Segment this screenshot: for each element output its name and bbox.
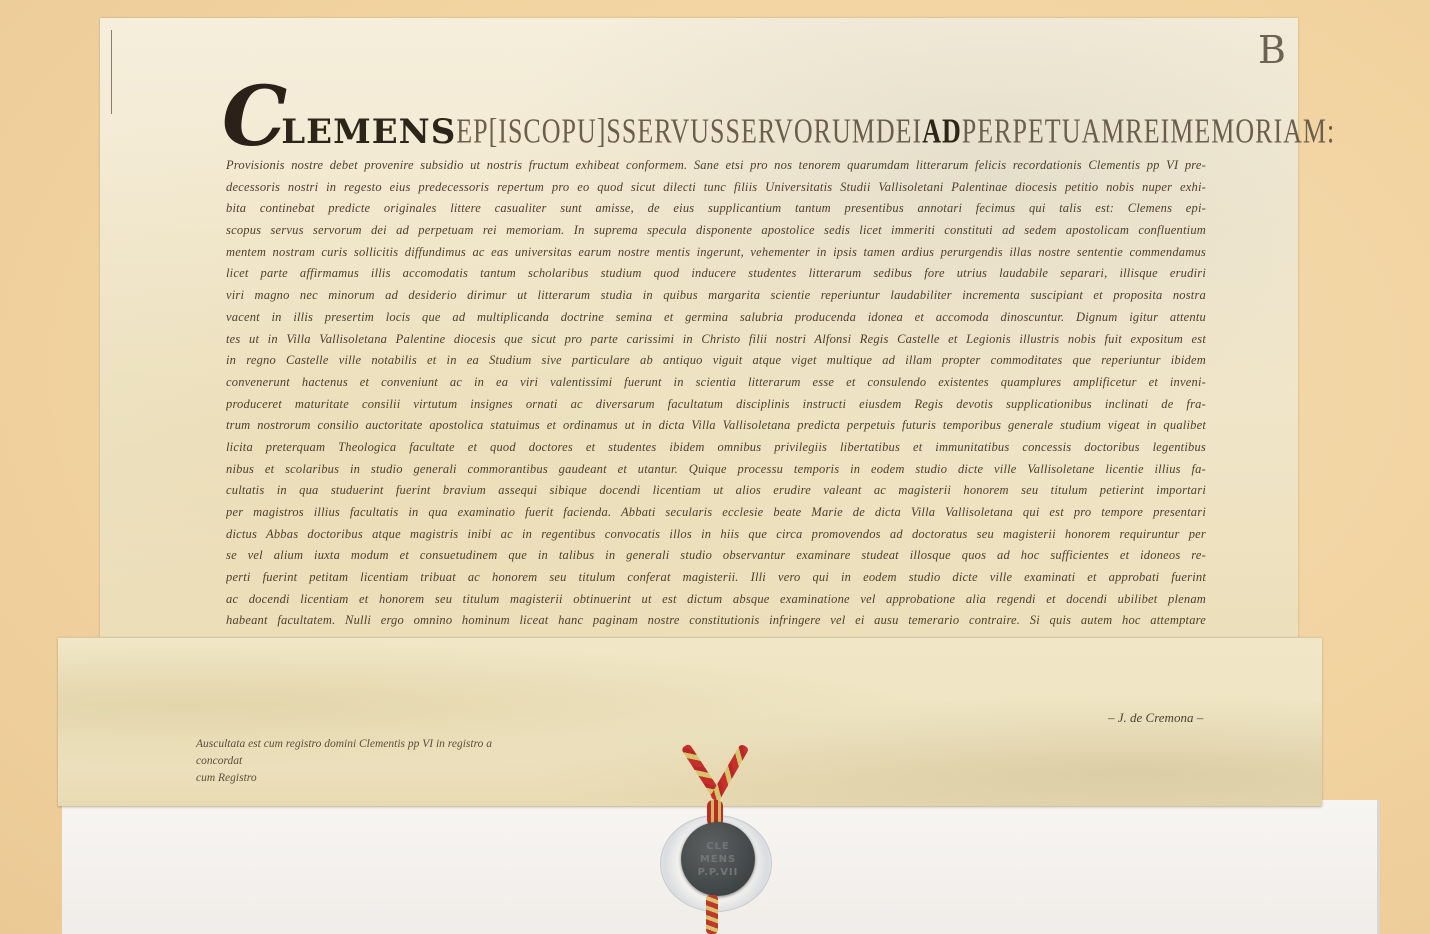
text-line: bita continebat predicte originales litt…	[226, 198, 1206, 220]
silk-cord-tail	[706, 895, 718, 934]
text-line: se vel alium iuxta modum et consuetudine…	[226, 545, 1206, 567]
text-line: cultatis in qua studuerint fuerint bravi…	[226, 480, 1206, 502]
text-line: tes ut in Villa Vallisoletana Palentine …	[226, 329, 1206, 351]
heading-word: EP[ISCOPU]S	[456, 112, 622, 153]
text-line: dictus Abbas doctoribus atque magistris …	[226, 524, 1206, 546]
text-line: perti fuerint petitam licentiam tribuat …	[226, 567, 1206, 589]
heading-word: DEI	[876, 112, 922, 153]
heading-word: REI	[1125, 112, 1170, 153]
registry-note-line: Auscultata est cum registro domini Cleme…	[196, 736, 536, 770]
text-line: nibus et scolaribus in studio generali c…	[226, 459, 1206, 481]
pope-name: C LEMENS	[222, 78, 456, 156]
heading-word: AD	[922, 112, 962, 153]
text-line: mentem nostram curis sollicitis diffundi…	[226, 242, 1206, 264]
text-line: licita preterquam Theologica facultate e…	[226, 437, 1206, 459]
heading-word: SERVORUM	[726, 112, 876, 153]
scribe-signature: – J. de Cremona –	[1108, 710, 1203, 726]
heading-first-word: LEMENS	[281, 112, 456, 152]
bull-body-text: Provisionis nostre debet provenire subsi…	[226, 155, 1206, 625]
text-line: in regno Castelle ville notabilis et in …	[226, 350, 1206, 372]
bull-heading: C LEMENS EP[ISCOPU]S SERVUS SERVORUM DEI…	[222, 76, 1232, 156]
text-line: scopus servus servorum dei ad perpetuam …	[226, 220, 1206, 242]
text-line: per magistros illius facultatis in qua e…	[226, 502, 1206, 524]
text-line: viri magno nec minorum ad desiderio diri…	[226, 285, 1206, 307]
registry-note: Auscultata est cum registro domini Cleme…	[196, 736, 536, 787]
registry-note-line: cum Registro	[196, 770, 536, 787]
text-line: licet parte affirmamus illis accomodatis…	[226, 263, 1206, 285]
text-line: decessoris nostri in regesto eius predec…	[226, 177, 1206, 199]
text-line: ac docendi licentiam et honorem seu titu…	[226, 589, 1206, 611]
seal-inscription-line: P.P.VII	[698, 866, 739, 879]
text-line: trum nostrorum consilio auctoritate apos…	[226, 415, 1206, 437]
text-line: habeant facultatem. Nulli ergo omnino ho…	[226, 610, 1206, 632]
corner-registry-mark: B	[1258, 30, 1288, 70]
heading-word: PERPETUAM	[962, 112, 1126, 153]
text-line: vacent in illis presertim locis que ad m…	[226, 307, 1206, 329]
seal-inscription-line: CLE	[706, 840, 730, 853]
heading-word: SERVUS	[622, 112, 726, 153]
lead-bulla-seal: CLE MENS P.P.VII	[681, 822, 755, 896]
heading-word: MEMORIAM:	[1170, 112, 1335, 153]
decorated-initial: C	[222, 78, 287, 156]
text-line: convenerunt hactenus et conveniunt ac in…	[226, 372, 1206, 394]
seal-inscription-line: MENS	[700, 853, 736, 866]
margin-ruling-mark	[111, 30, 116, 114]
text-line: produceret maturitate consilii virtutum …	[226, 394, 1206, 416]
text-line: Provisionis nostre debet provenire subsi…	[226, 155, 1206, 177]
